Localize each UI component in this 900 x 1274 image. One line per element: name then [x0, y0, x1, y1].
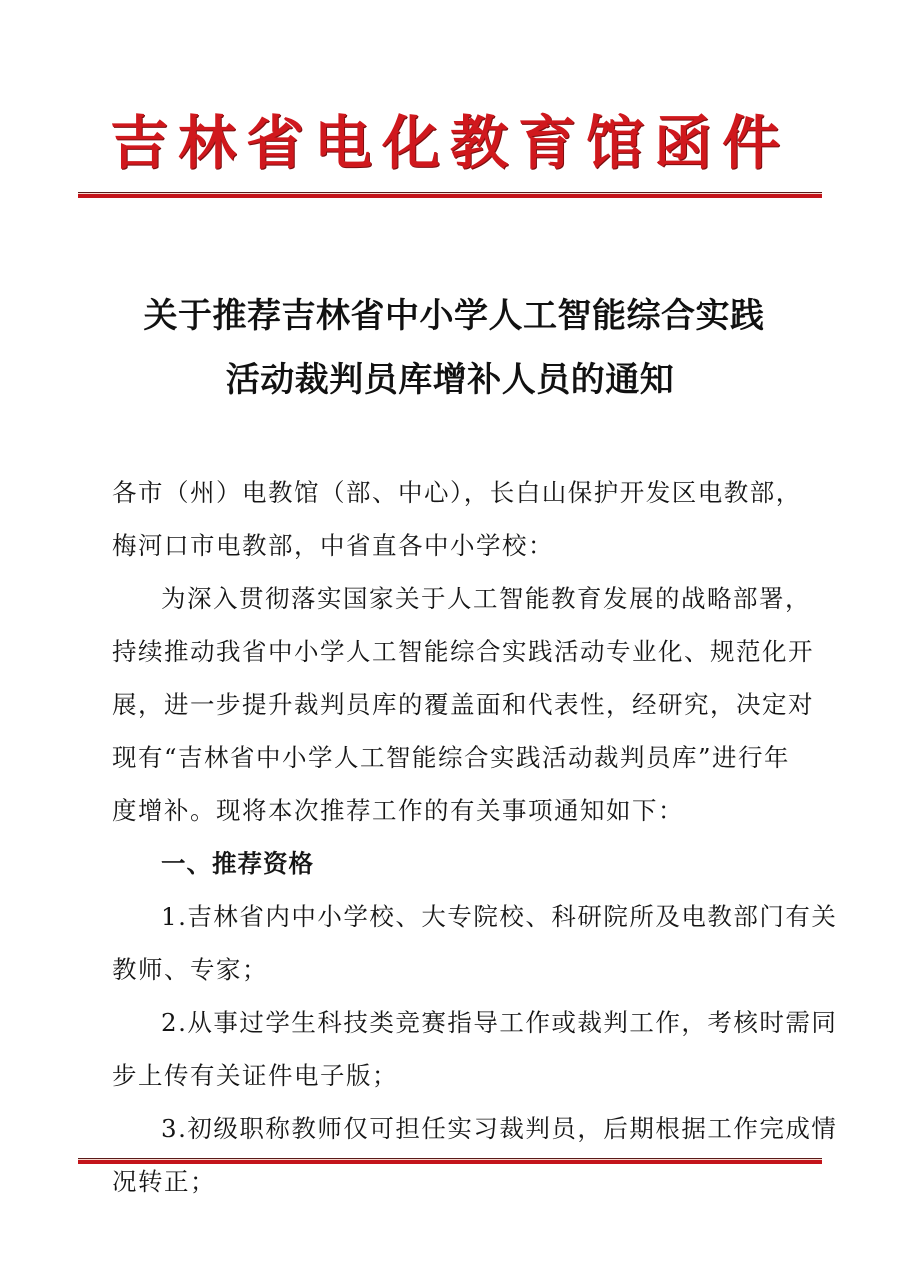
letterhead-divider: [78, 192, 822, 199]
intro-line-2: 持续推动我省中小学人工智能综合实践活动专业化、规范化开: [112, 625, 802, 678]
intro-line-4: 现有“吉林省中小学人工智能综合实践活动裁判员库”进行年: [112, 731, 802, 784]
qualification-item-1-line-2: 教师、专家；: [112, 943, 802, 996]
qualification-item-1-line-1: 1.吉林省内中小学校、大专院校、科研院所及电教部门有关: [112, 890, 802, 943]
document-body: 各市（州）电教馆（部、中心），长白山保护开发区电教部， 梅河口市电教部，中省直各…: [112, 466, 802, 1208]
addressee-line-2: 梅河口市电教部，中省直各中小学校：: [112, 519, 802, 572]
intro-line-5: 度增补。现将本次推荐工作的有关事项通知如下：: [112, 784, 802, 837]
qualification-item-2-line-2: 步上传有关证件电子版；: [112, 1049, 802, 1102]
page-footer-divider: [78, 1158, 822, 1165]
section-heading: 一、推荐资格: [112, 837, 802, 890]
notice-title-line-1: 关于推荐吉林省中小学人工智能综合实践: [4, 294, 900, 338]
letterhead-title: 吉林省电化教育馆函件: [0, 108, 900, 178]
intro-line-1: 为深入贯彻落实国家关于人工智能教育发展的战略部署，: [112, 572, 802, 625]
addressee-line-1: 各市（州）电教馆（部、中心），长白山保护开发区电教部，: [112, 466, 802, 519]
notice-title-line-2: 活动裁判员库增补人员的通知: [0, 358, 900, 402]
qualification-item-2-line-1: 2.从事过学生科技类竞赛指导工作或裁判工作，考核时需同: [112, 996, 802, 1049]
qualification-item-3-line-1: 3.初级职称教师仅可担任实习裁判员，后期根据工作完成情: [112, 1102, 802, 1155]
intro-line-3: 展，进一步提升裁判员库的覆盖面和代表性，经研究，决定对: [112, 678, 802, 731]
